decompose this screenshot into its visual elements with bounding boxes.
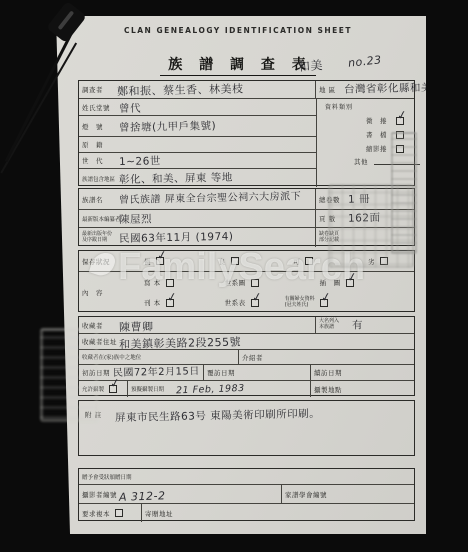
- lantern-label: 燈 號: [79, 122, 119, 131]
- form-title-text: 族 譜 調 查 表: [160, 57, 316, 76]
- content-women-label: 有關婦女資料 (冠夫姓氏): [285, 297, 315, 309]
- content-women-records: 有關婦女資料 (冠夫姓氏) ✓: [285, 297, 328, 309]
- photographer-id-value: A 312-2: [119, 486, 281, 503]
- checkbox: ✓: [346, 279, 354, 287]
- revisit-label: 覆訪日期: [204, 368, 310, 377]
- name-listed-label: 大名列入 本族譜: [316, 319, 352, 331]
- checkbox: ✓: [251, 299, 259, 307]
- material-item-label: 微 捲: [366, 116, 387, 125]
- checkmark-icon: ✓: [166, 290, 178, 304]
- content-manuscript: 寫 本 ✓: [141, 278, 174, 287]
- basic-info-table: 調查者 鄭和振、蔡生香、林美枝 地 區 台灣省彰化縣和美 姓氏堂號 曾代 燈 號…: [78, 80, 415, 186]
- checkbox: ✓: [305, 257, 313, 265]
- pages-value: 162面: [348, 213, 414, 225]
- material-other-label: 其他: [351, 157, 368, 166]
- condition-option-excellent: 優 ✓: [141, 257, 164, 266]
- surname-hall-value: 曾代: [119, 100, 316, 115]
- note-box: 附 註 屏東市民生路63号 東陽美術印刷所印刷。: [78, 400, 415, 456]
- volumes-value: 1 冊: [348, 193, 414, 205]
- copy-request-option: 要求複本 ✓: [79, 509, 141, 518]
- material-item-label: 書 檔: [366, 130, 387, 139]
- content-label: 內 容: [79, 288, 129, 297]
- handwritten-sheet-number: no.23: [348, 54, 383, 68]
- condition-options: 優 ✓ 良 ✓ 可 ✓ 劣 ✓: [129, 257, 414, 266]
- checkbox: ✓: [166, 279, 174, 287]
- checkmark-icon: ✓: [251, 290, 263, 304]
- coverage-value: 彰化、和美、屏東 等地: [119, 171, 316, 186]
- book-info-table: 族譜名 曾氏族譜 屏東全台宗聖公祠六大房派下 總卷數 1 冊 最新版本編纂者 陳…: [78, 188, 415, 246]
- next-visit-label: 續訪日期: [311, 368, 351, 377]
- condition-content-table: 保存狀況 優 ✓ 良 ✓ 可 ✓ 劣 ✓: [78, 250, 415, 312]
- genealogy-name-value: 曾氏族譜 屏東全台宗聖公祠六大房派下: [119, 192, 315, 206]
- material-item-other: 其他: [317, 157, 420, 166]
- note-value: 屏東市民生路63号 東陽美術印刷所印刷。: [115, 407, 414, 424]
- basic-left-column: 姓氏堂號 曾代 燈 號 曾捨塘(九甲戶集號) 原 籍 世 代 1~26世 族譜包…: [79, 99, 316, 187]
- scanned-page-background: { "header": { "title": "CLAN GENEALOGY I…: [0, 0, 468, 552]
- editor-value: 陳屋烈: [119, 211, 315, 226]
- checkbox: ✓: [109, 385, 117, 393]
- holder-value: 陳曹卿: [119, 317, 315, 332]
- condition-option-fair: 可 ✓: [290, 257, 313, 266]
- coverage-label: 族譜包含地區: [79, 175, 119, 183]
- material-item-microfiche: 縮影捲 ✓: [317, 144, 420, 153]
- material-item-book: 書 檔 ✓: [317, 130, 420, 139]
- document-paper: CLAN GENEALOGY IDENTIFICATION SHEET 族 譜 …: [50, 16, 426, 534]
- surveyor-label: 調查者: [79, 85, 117, 94]
- pubdate-value: 民國63年11月 (1974): [119, 230, 315, 245]
- material-item-microfilm: 微 捲 ✓: [317, 116, 420, 125]
- content-illustrations: 插 圖 ✓: [317, 278, 354, 287]
- surname-hall-label: 姓氏堂號: [79, 103, 119, 112]
- planned-filming-value: 21 Feb, 1983: [176, 382, 310, 396]
- send-address-label: 寄贈地址: [142, 509, 186, 518]
- introducer-label: 介紹者: [239, 353, 279, 362]
- generations-label: 世 代: [79, 156, 119, 165]
- holder-label: 收藏者: [79, 321, 119, 330]
- checkbox: ✓: [380, 257, 388, 265]
- missing-pages-label: 缺卷缺頁 部分記載: [316, 232, 348, 244]
- checkbox: ✓: [166, 299, 174, 307]
- content-options: 寫 本 ✓ 世系圖 ✓ 插 圖 ✓ 刊 本 ✓: [129, 273, 414, 313]
- checkbox: ✓: [115, 509, 123, 517]
- checkmark-icon: ✓: [109, 376, 121, 390]
- handwritten-area-note: 和美: [298, 59, 324, 73]
- origin-value: [119, 142, 316, 146]
- first-visit-label: 初訪日期: [79, 368, 113, 377]
- checkbox: ✓: [396, 145, 404, 153]
- generations-value: 1~26世: [119, 153, 316, 168]
- checkmark-icon: ✓: [156, 248, 168, 262]
- condition-label: 保存狀況: [79, 257, 129, 266]
- checkbox: ✓: [320, 299, 328, 307]
- material-item-label: 縮影捲: [366, 144, 387, 153]
- holder-address-value: 和美鎮彰美路2段255號: [119, 333, 414, 350]
- checkmark-icon: ✓: [320, 290, 332, 304]
- filming-location-label: 攝製地點: [311, 385, 351, 394]
- holder-status-label: 收藏者在(家)族中之地位: [79, 353, 238, 361]
- condition-option-good: 良 ✓: [216, 257, 239, 266]
- area-label: 地 區: [316, 85, 344, 94]
- surveyor-value: 鄭和振、蔡生香、林美枝: [117, 82, 315, 97]
- checkbox: ✓: [251, 279, 259, 287]
- blank-fill-line: [374, 158, 420, 165]
- genealogy-name-label: 族譜名: [79, 195, 119, 204]
- origin-label: 原 籍: [79, 140, 119, 149]
- checkmark-icon: ✓: [396, 108, 408, 122]
- volumes-label: 總卷數: [316, 195, 348, 204]
- first-visit-value: 民國72年2月15日: [113, 367, 203, 379]
- condition-option-poor: 劣 ✓: [365, 257, 388, 266]
- permission-option: 允許攝製 ✓: [79, 385, 127, 393]
- checkbox: ✓: [156, 257, 164, 265]
- content-printed: 刊 本 ✓: [141, 298, 174, 307]
- checkmark-icon: ✓: [346, 270, 358, 284]
- sheet-header-title: CLAN GENEALOGY IDENTIFICATION SHEET: [50, 26, 426, 35]
- award-date-label: 贈予會受狀頒贈日期: [79, 473, 132, 481]
- material-type-box: 資料類別 微 捲 ✓ 書 檔 ✓ 縮影捲 ✓ 其他: [316, 99, 420, 187]
- pubdate-label: 最新出版年份 及序跋日期: [79, 232, 119, 244]
- missing-pages-value: [348, 237, 414, 238]
- holder-address-label: 收藏者住址: [79, 337, 119, 346]
- checkbox: ✓: [396, 131, 404, 139]
- planned-filming-label: 預擬攝製日期: [128, 385, 176, 393]
- content-lineage-chart: 世系圖 ✓: [222, 278, 259, 287]
- area-value: 台灣省彰化縣和美: [344, 84, 414, 96]
- checkbox: ✓: [231, 257, 239, 265]
- name-listed-value: 有: [352, 319, 414, 331]
- checkbox: ✓: [396, 117, 404, 125]
- admin-table: 贈予會受狀頒贈日期 攝影者編號 A 312-2 家譜學會編號 要求複本 ✓ 寄贈…: [78, 468, 415, 521]
- editor-label: 最新版本編纂者: [79, 215, 119, 223]
- content-lineage-table: 世系表 ✓: [222, 298, 259, 307]
- society-id-label: 家譜學會編號: [282, 490, 334, 499]
- pages-label: 頁 數: [316, 214, 348, 223]
- lantern-value: 曾捨塘(九甲戶集號): [119, 119, 316, 134]
- photographer-id-label: 攝影者編號: [79, 490, 119, 499]
- note-label: 附 註: [79, 410, 115, 419]
- holder-info-table: 收藏者 陳曹卿 大名列入 本族譜 有 收藏者住址 和美鎮彰美路2段255號 收藏…: [78, 316, 415, 396]
